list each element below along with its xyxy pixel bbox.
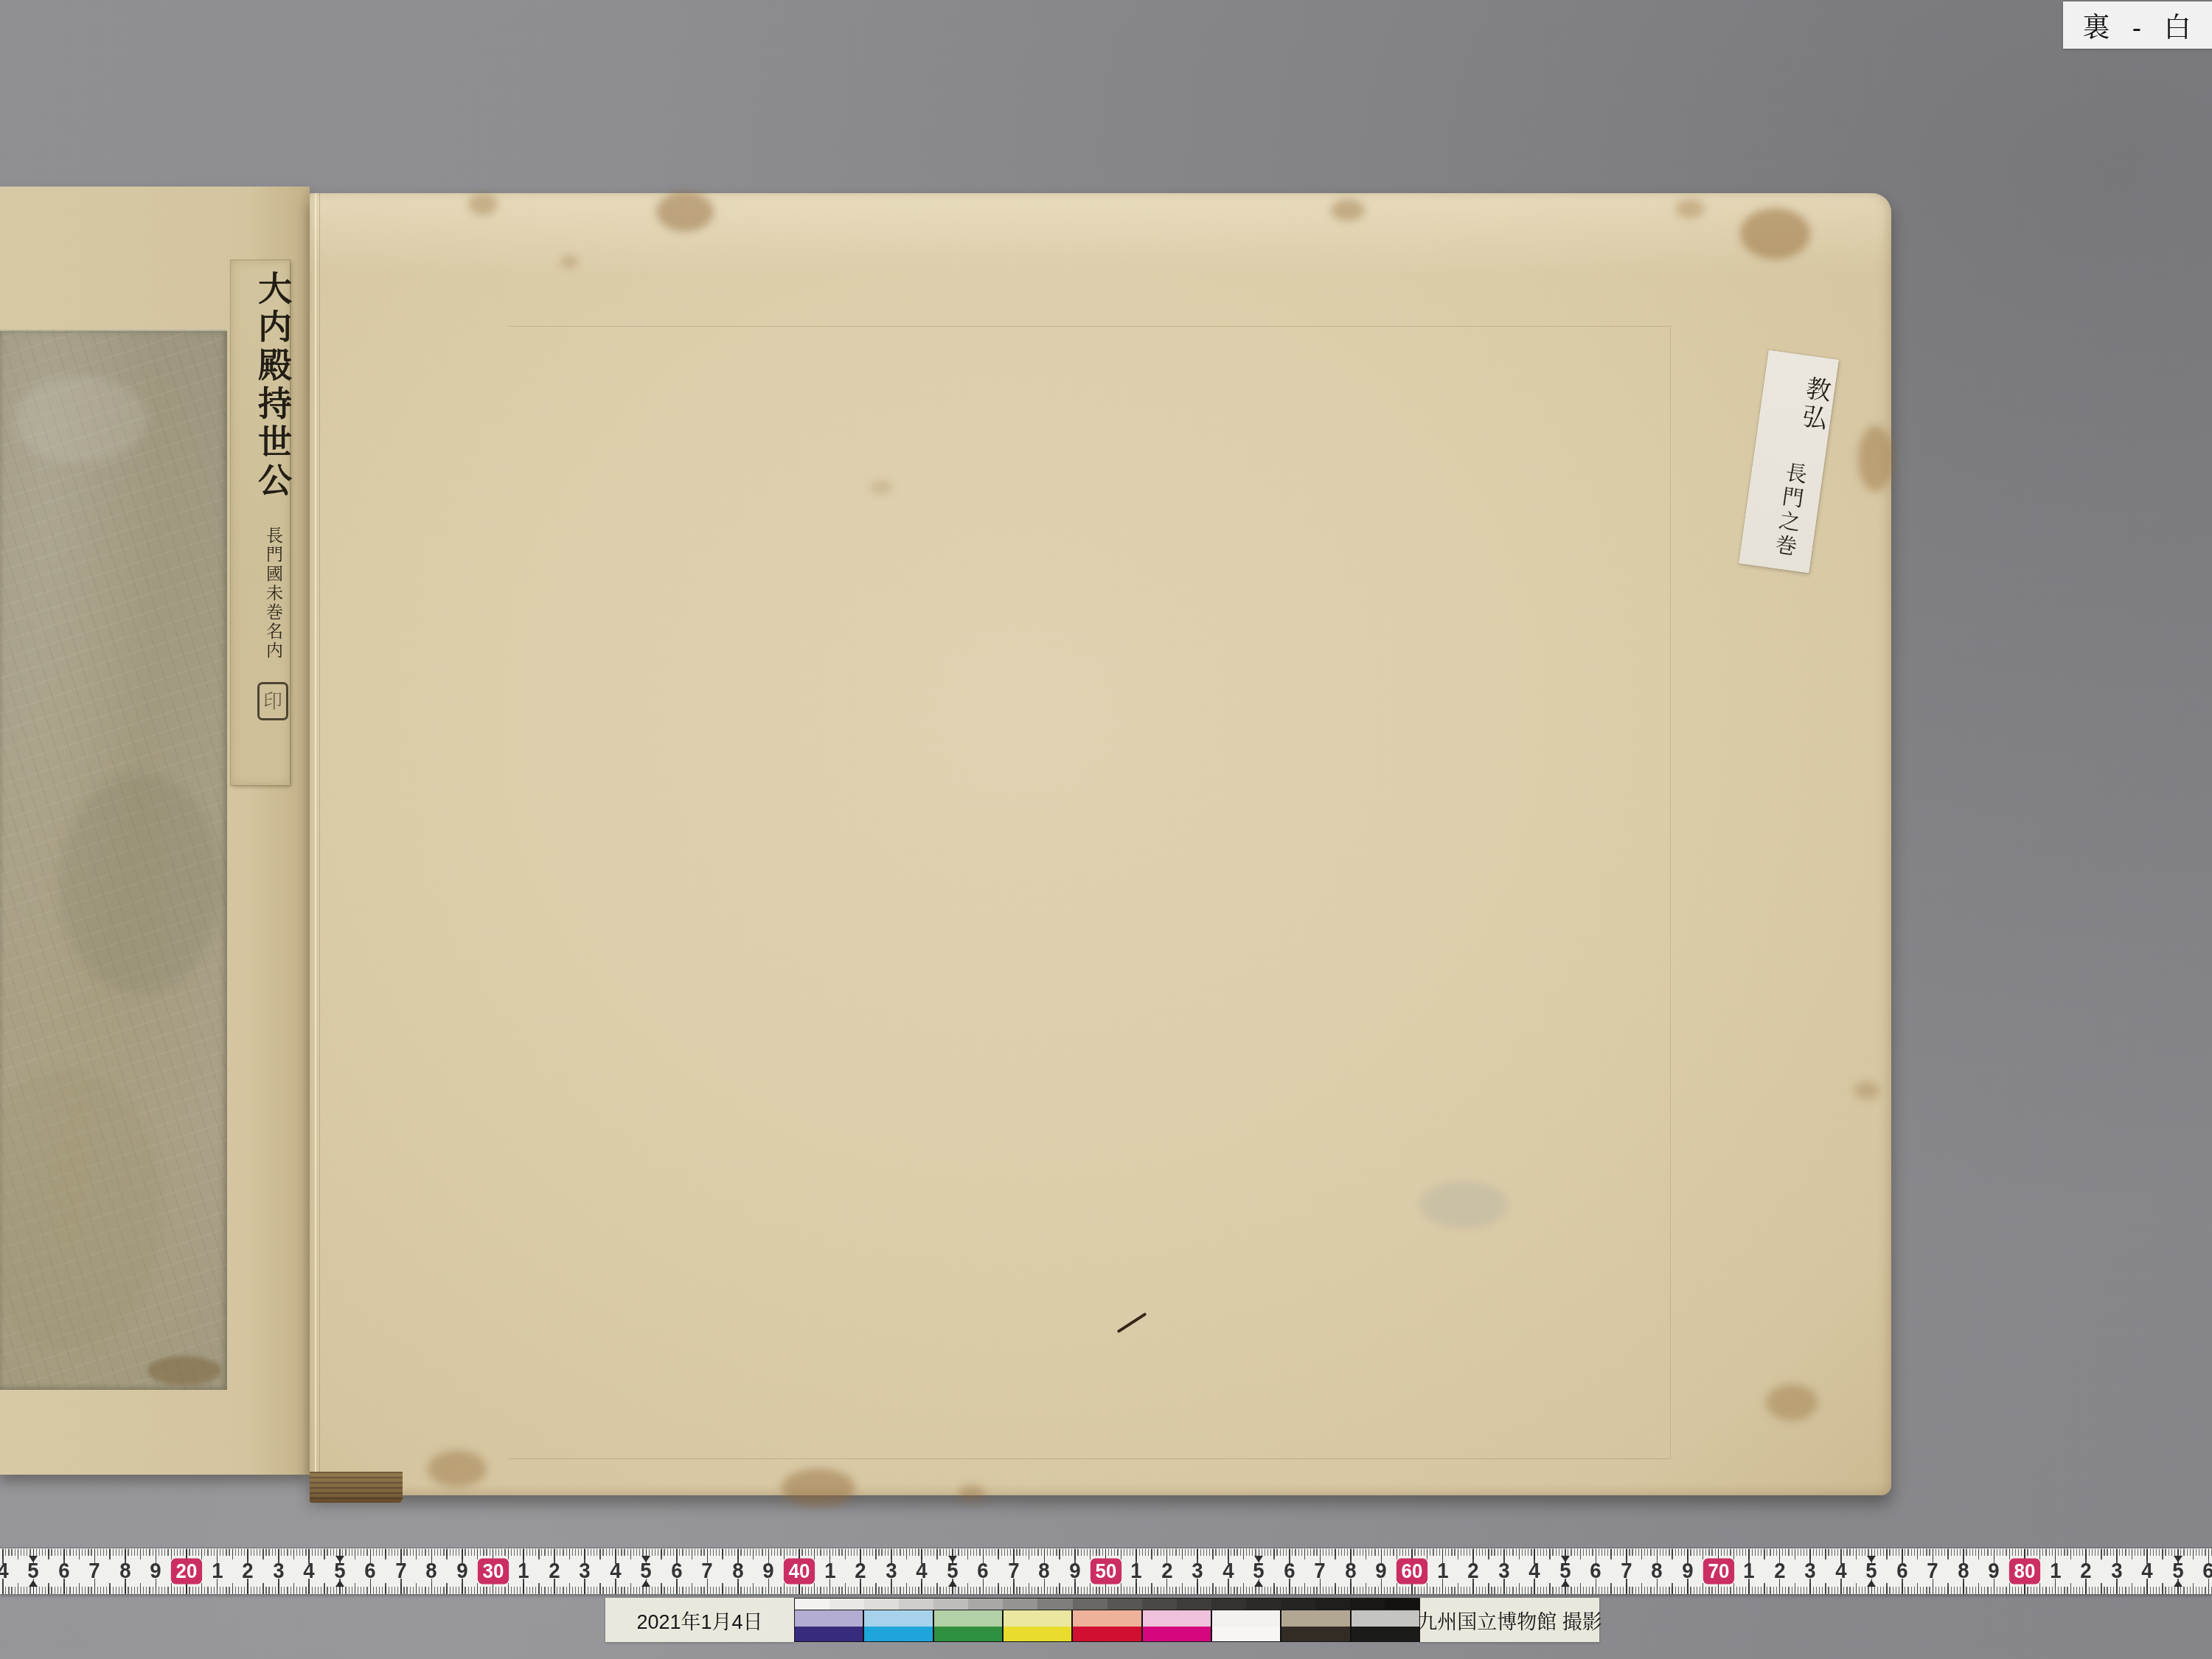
ruler-decade-label: 20 xyxy=(171,1559,202,1585)
ruler-decade-label: 60 xyxy=(1397,1559,1427,1585)
ruler-decade-label: 40 xyxy=(784,1559,815,1585)
foxing-stain xyxy=(656,192,714,232)
grayscale-step xyxy=(795,1599,829,1610)
ruler-cm-label: 9 xyxy=(1682,1560,1693,1582)
corner-stain xyxy=(147,1356,221,1385)
ruler-cm-label: 4 xyxy=(917,1560,928,1582)
grayscale-step xyxy=(1037,1599,1072,1610)
grayscale-step xyxy=(864,1599,899,1610)
patch-bottom xyxy=(1281,1627,1349,1641)
patch-top xyxy=(1352,1610,1419,1627)
foxing-stain xyxy=(1766,1384,1818,1421)
title-label: 大内殿持世公 長門國未巻名内 印 xyxy=(231,260,290,785)
foxing-stain xyxy=(870,481,892,494)
ruler-cm-label: 3 xyxy=(2111,1560,2122,1582)
ruler-cm-label: 8 xyxy=(426,1560,437,1582)
ruler-cm-label: 8 xyxy=(1345,1560,1356,1582)
ruler-cm-label: 7 xyxy=(395,1560,406,1582)
grayscale-step xyxy=(1177,1599,1211,1610)
ruler-cm-label: 6 xyxy=(2203,1560,2212,1582)
ruler-cm-label: 2 xyxy=(855,1560,866,1582)
ruler-cm-label: 9 xyxy=(1989,1560,2000,1582)
grayscale-step xyxy=(899,1599,933,1610)
ruler-cm-label: 1 xyxy=(212,1560,223,1582)
left-album-page: 大内殿持世公 長門國未巻名内 印 xyxy=(0,187,310,1475)
foxing-stain xyxy=(782,1469,855,1507)
grayscale-step xyxy=(1003,1599,1037,1610)
ruler-arrow-up-icon xyxy=(1254,1580,1263,1587)
title-label-main-text: 大内殿持世公 xyxy=(253,271,293,501)
ruler-cm-label: 3 xyxy=(579,1560,590,1582)
museum-credit-label: 九州国立博物館 撮影 xyxy=(1420,1598,1599,1642)
ruler-cm-label: 9 xyxy=(456,1560,467,1582)
paper-mottle xyxy=(15,375,147,464)
ruler-cm-label: 2 xyxy=(242,1560,253,1582)
color-patch-block xyxy=(794,1598,1420,1642)
grayscale-step xyxy=(1385,1599,1419,1610)
ruler-arrow-down-icon xyxy=(2174,1556,2183,1562)
patch-bottom xyxy=(1143,1627,1211,1641)
ruler-cm-label: 5 xyxy=(334,1560,345,1582)
grayscale-step xyxy=(1073,1599,1107,1610)
grayscale-step xyxy=(1142,1599,1177,1610)
ruler-cm-label: 7 xyxy=(1927,1560,1938,1582)
title-label-sub-text: 長門國未巻名内 xyxy=(263,526,282,661)
ruler-cm-label: 1 xyxy=(518,1560,529,1582)
ruler-cm-label: 6 xyxy=(978,1560,989,1582)
ruler-cm-label: 5 xyxy=(1866,1560,1877,1582)
ruler-cm-label: 8 xyxy=(732,1560,743,1582)
grayscale-step xyxy=(1350,1599,1385,1610)
ruler-cm-label: 4 xyxy=(2142,1560,2153,1582)
ruler-cm-label: 7 xyxy=(702,1560,713,1582)
grayscale-step xyxy=(1107,1599,1142,1610)
ruler-cm-label: 4 xyxy=(1835,1560,1846,1582)
grayscale-step xyxy=(829,1599,864,1610)
ruler-cm-label: 8 xyxy=(119,1560,131,1582)
foxing-stain xyxy=(1675,199,1705,218)
foxing-stain xyxy=(1419,1181,1508,1228)
ruler-arrow-down-icon xyxy=(948,1556,957,1562)
color-patch-red xyxy=(1073,1610,1141,1641)
patch-bottom xyxy=(1352,1627,1419,1641)
ruler-cm-label: 9 xyxy=(1069,1560,1080,1582)
ruler-cm-label: 1 xyxy=(1437,1560,1448,1582)
ruler-arrow-up-icon xyxy=(29,1580,38,1587)
date-label: 2021年1月4日 xyxy=(605,1598,794,1642)
ruler-cm-label: 2 xyxy=(1467,1560,1478,1582)
color-patch-yellow xyxy=(1004,1610,1071,1641)
grayscale-step xyxy=(1281,1599,1315,1610)
patch-top xyxy=(1143,1610,1211,1627)
ruler-arrow-down-icon xyxy=(1561,1556,1570,1562)
ruler-cm-label: 1 xyxy=(824,1560,835,1582)
note-slip-line1: 教弘 xyxy=(1795,375,1832,434)
ruler-decade-label: 80 xyxy=(2009,1559,2040,1585)
patch-bottom xyxy=(1212,1627,1280,1641)
ruler-cm-label: 5 xyxy=(641,1560,652,1582)
grayscale-step xyxy=(1211,1599,1246,1610)
ruler-cm-label: 4 xyxy=(0,1560,8,1582)
ruler-cm-label: 7 xyxy=(1621,1560,1632,1582)
patch-top xyxy=(1281,1610,1349,1627)
foxing-stain xyxy=(1740,208,1810,260)
ruler-cm-label: 9 xyxy=(150,1560,161,1582)
foxing-stain xyxy=(560,256,578,268)
ruler-cm-label: 7 xyxy=(89,1560,100,1582)
ruler-cm-label: 1 xyxy=(1130,1560,1141,1582)
ruler-cm-label: 4 xyxy=(610,1560,621,1582)
foxing-stain xyxy=(959,1485,985,1501)
patch-top xyxy=(1004,1610,1071,1627)
ruler-decade-label: 70 xyxy=(1703,1559,1733,1585)
ruler-cm-label: 6 xyxy=(365,1560,376,1582)
ruler-cm-label: 8 xyxy=(1039,1560,1050,1582)
foxing-stain xyxy=(1854,1082,1879,1099)
ruler-cm-label: 6 xyxy=(1896,1560,1907,1582)
gutter-crease xyxy=(315,193,316,1495)
ruler-decade-label: 30 xyxy=(477,1559,508,1585)
ruler-cm-label: 1 xyxy=(2050,1560,2061,1582)
color-patch-green xyxy=(934,1610,1002,1641)
paper-mottle xyxy=(0,1068,162,1349)
ruler-cm-label: 5 xyxy=(1253,1560,1265,1582)
page-stack-edge xyxy=(310,1472,403,1503)
patch-bottom xyxy=(795,1627,863,1641)
ruler-cm-label: 6 xyxy=(1590,1560,1601,1582)
ruler-cm-label: 4 xyxy=(1222,1560,1234,1582)
foxing-stain xyxy=(1331,199,1365,221)
patch-bottom xyxy=(1073,1627,1141,1641)
color-patches xyxy=(795,1610,1419,1641)
ruler-cm-label: 7 xyxy=(1008,1560,1019,1582)
color-patch-white xyxy=(1212,1610,1280,1641)
ruler-cm-label: 2 xyxy=(1161,1560,1172,1582)
corner-caption-label: 裏 - 白 xyxy=(2063,1,2212,49)
ruler-arrow-down-icon xyxy=(641,1556,650,1562)
ruler-cm-label: 3 xyxy=(273,1560,284,1582)
grayscale-step xyxy=(933,1599,968,1610)
ruler-arrow-up-icon xyxy=(948,1580,957,1587)
ruler-cm-label: 5 xyxy=(1559,1560,1571,1582)
ruler-cm-label: 4 xyxy=(1529,1560,1540,1582)
ruler-arrow-up-icon xyxy=(641,1580,650,1587)
paper-mottle xyxy=(59,773,221,995)
grayscale-step xyxy=(968,1599,1003,1610)
color-patch-black xyxy=(1352,1610,1419,1641)
color-patch-blue xyxy=(864,1610,932,1641)
patch-top xyxy=(795,1610,863,1627)
ruler-arrow-up-icon xyxy=(335,1580,344,1587)
ruler-arrow-down-icon xyxy=(335,1556,344,1562)
ruler-cm-label: 3 xyxy=(1498,1560,1509,1582)
grayscale-step xyxy=(1315,1599,1350,1610)
ruler-arrow-down-icon xyxy=(29,1556,38,1562)
patch-top xyxy=(864,1610,932,1627)
grayscale-step xyxy=(1246,1599,1281,1610)
ruler-cm-label: 4 xyxy=(304,1560,315,1582)
patch-bottom xyxy=(1004,1627,1071,1641)
handwritten-note-slip: 教弘 長門之巻 xyxy=(1739,350,1839,574)
artwork-verso-paper xyxy=(0,330,227,1390)
ruler-cm-label: 6 xyxy=(58,1560,69,1582)
ruler-cm-label: 6 xyxy=(671,1560,682,1582)
collector-seal: 印 xyxy=(257,682,288,720)
ruler-arrow-up-icon xyxy=(1561,1580,1570,1587)
ruler-cm-label: 5 xyxy=(28,1560,39,1582)
ruler-tape: 4567892012345678930123456789401234567895… xyxy=(0,1548,2212,1594)
ruler-cm-label: 8 xyxy=(1958,1560,1969,1582)
patch-bottom xyxy=(934,1627,1002,1641)
ruler-cm-label: 8 xyxy=(1652,1560,1663,1582)
patch-bottom xyxy=(864,1627,932,1641)
foxing-stain xyxy=(428,1450,487,1487)
ruler-cm-label: 3 xyxy=(886,1560,897,1582)
main-album-page: 教弘 長門之巻 xyxy=(310,193,1891,1495)
ruler-cm-label: 2 xyxy=(1774,1560,1785,1582)
ruler-cm-label: 3 xyxy=(1192,1560,1203,1582)
ruler-decade-label: 50 xyxy=(1090,1559,1121,1585)
ruler-cm-label: 7 xyxy=(1315,1560,1326,1582)
ruler-cm-label: 5 xyxy=(2172,1560,2183,1582)
color-patch-pink xyxy=(1143,1610,1211,1641)
foxing-stain xyxy=(468,193,498,215)
note-slip-line2: 長門之巻 xyxy=(1771,460,1809,560)
ruler-cm-label: 9 xyxy=(1376,1560,1387,1582)
ruler-cm-label: 2 xyxy=(2080,1560,2091,1582)
ruler-cm-label: 3 xyxy=(1804,1560,1815,1582)
color-calibration-bar: 2021年1月4日 九州国立博物館 撮影 xyxy=(605,1598,1599,1642)
ruler-cm-label: 9 xyxy=(763,1560,774,1582)
ruler-arrow-up-icon xyxy=(1867,1580,1876,1587)
color-patch-brown xyxy=(1281,1610,1349,1641)
foxing-stain xyxy=(1858,425,1893,492)
ruler-arrow-down-icon xyxy=(1867,1556,1876,1562)
ruler-cm-label: 6 xyxy=(1284,1560,1295,1582)
photo-stage: 大内殿持世公 長門國未巻名内 印 教弘 長門之巻 裏 - 白 456789201… xyxy=(0,0,2212,1659)
ruler-cm-label: 2 xyxy=(549,1560,560,1582)
patch-top xyxy=(934,1610,1002,1627)
patch-top xyxy=(1073,1610,1141,1627)
ruler-arrow-up-icon xyxy=(2174,1580,2183,1587)
grayscale-wedge xyxy=(795,1599,1419,1610)
ruler-arrow-down-icon xyxy=(1254,1556,1263,1562)
ruler-cm-label: 1 xyxy=(1743,1560,1754,1582)
color-patch-purple xyxy=(795,1610,863,1641)
mounting-impression-outline xyxy=(509,326,1671,1459)
gutter-crease-line xyxy=(319,193,320,1495)
ruler-cm-label: 5 xyxy=(947,1560,958,1582)
patch-top xyxy=(1212,1610,1280,1627)
